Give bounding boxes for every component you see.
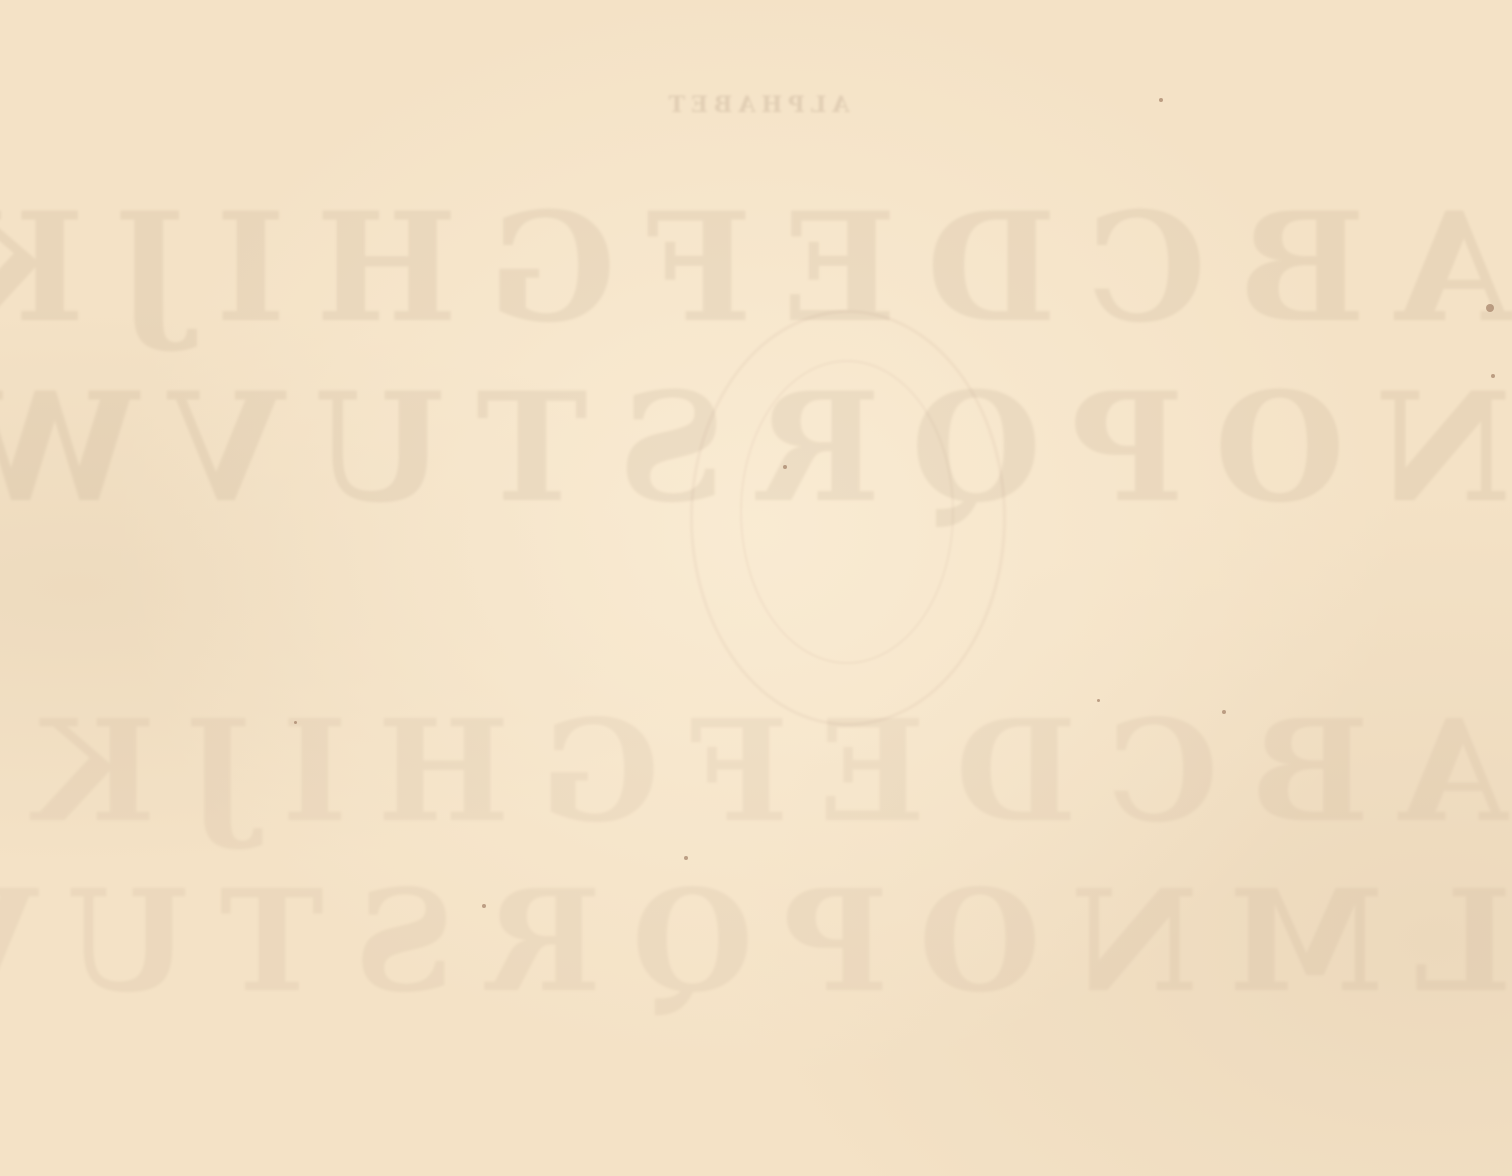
paper-speck <box>1486 304 1494 312</box>
medallion-ornament-inner <box>740 360 954 664</box>
show-through-alphabet-row-4: LMNOPQRSTUVWX <box>0 860 1512 1024</box>
paper-speck <box>482 904 486 908</box>
paper-speck <box>783 465 787 469</box>
paper-speck <box>1159 98 1163 102</box>
show-through-alphabet-row-1: ABCDEFGHIJKLM <box>0 180 1512 356</box>
show-through-alphabet-row-3: ABCDEFGHIJK <box>0 690 1512 854</box>
paper-speck <box>294 721 297 724</box>
paper-speck <box>1491 374 1495 378</box>
paper-speck <box>1097 699 1100 702</box>
paper-speck <box>1222 710 1226 714</box>
show-through-heading: ALPHABET <box>0 92 1512 118</box>
paper-speck <box>684 856 688 860</box>
